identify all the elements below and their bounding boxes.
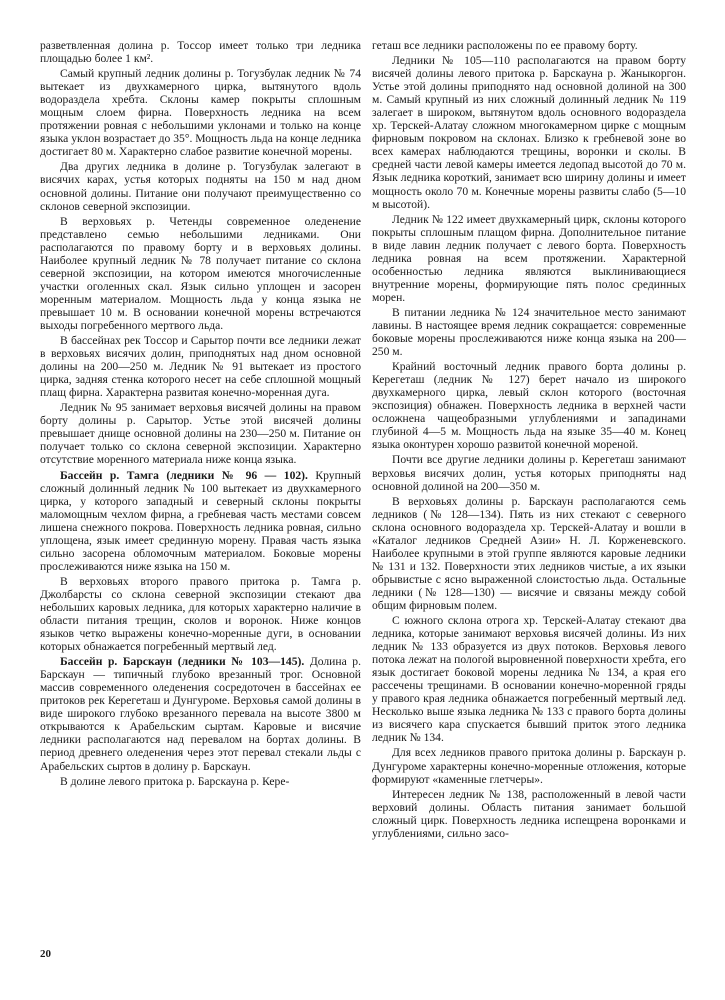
paragraph: разветвленная долина р. Тоссор имеет тол… [40,39,361,65]
paragraph-text: разветвленная долина р. Тоссор имеет тол… [40,39,361,65]
paragraph: Бассейн р. Барскаун (ледники № 103—145).… [40,655,361,772]
section-heading-barskaun: Бассейн р. Барскаун (ледники № 103—145). [60,655,304,668]
paragraph-text: В питании ледника № 124 значительное мес… [372,306,686,358]
paragraph: Ледники № 105—110 располагаются на право… [372,54,686,211]
paragraph: Интересен ледник № 138, расположенный в … [372,788,686,840]
paragraph-text: В долине левого притока р. Барскауна р. … [60,775,289,788]
page-number: 20 [40,948,51,960]
paragraph-text: Ледник № 95 занимает верховья висячей до… [40,401,361,466]
paragraph-text: Крайний восточный ледник правого борта д… [372,360,686,451]
paragraph-text: Почти все другие ледники долины р. Керег… [372,453,686,492]
paragraph: В бассейнах рек Тоссор и Сарытор почти в… [40,334,361,399]
paragraph: С южного склона отрога хр. Терскей-Алата… [372,614,686,744]
paragraph: В питании ледника № 124 значительное мес… [372,306,686,358]
paragraph: Почти все другие ледники долины р. Керег… [372,453,686,492]
paragraph-text: Два других ледника в долине р. Тогузбула… [40,160,361,212]
paragraph-text: Самый крупный ледник долины р. Тогузбула… [40,67,361,158]
paragraph-text: Крупный сложный долинный ледник № 100 вы… [40,469,361,573]
paragraph-text: В верховьях долины р. Барскаун располага… [372,495,686,612]
paragraph: Для всех ледников правого притока долины… [372,746,686,785]
paragraph: Самый крупный ледник долины р. Тогузбула… [40,67,361,158]
paragraph: В долине левого притока р. Барскауна р. … [40,775,361,788]
paragraph-text: Ледник № 122 имеет двухкамерный цирк, ск… [372,213,686,304]
paragraph-text: Ледники № 105—110 располагаются на право… [372,54,686,211]
paragraph-text: С южного склона отрога хр. Терскей-Алата… [372,614,686,744]
paragraph-text: В верховьях р. Четенды современное оледе… [40,215,361,332]
paragraph: В верховьях р. Четенды современное оледе… [40,215,361,332]
left-column: разветвленная долина р. Тоссор имеет тол… [40,39,361,790]
paragraph-text: Для всех ледников правого притока долины… [372,746,686,785]
paragraph: Ледник № 95 занимает верховья висячей до… [40,401,361,466]
paragraph: Два других ледника в долине р. Тогузбула… [40,160,361,212]
paragraph: Крайний восточный ледник правого борта д… [372,360,686,451]
paragraph-text: В бассейнах рек Тоссор и Сарытор почти в… [40,334,361,399]
paragraph: В верховьях второго правого притока р. Т… [40,575,361,653]
paragraph-text: В верховьях второго правого притока р. Т… [40,575,361,653]
section-heading-tamga: Бассейн р. Тамга (ледники № 96 — 102). [60,469,308,482]
paragraph-text: Долина р. Барскаун — типичный глубоко вр… [40,655,361,772]
paragraph-text: Интересен ледник № 138, расположенный в … [372,788,686,840]
paragraph: геташ все ледники расположены по ее прав… [372,39,686,52]
right-column: геташ все ледники расположены по ее прав… [372,39,686,842]
paragraph: Ледник № 122 имеет двухкамерный цирк, ск… [372,213,686,304]
paragraph: Бассейн р. Тамга (ледники № 96 — 102). К… [40,469,361,573]
paragraph-text: геташ все ледники расположены по ее прав… [372,39,638,52]
paragraph: В верховьях долины р. Барскаун располага… [372,495,686,612]
